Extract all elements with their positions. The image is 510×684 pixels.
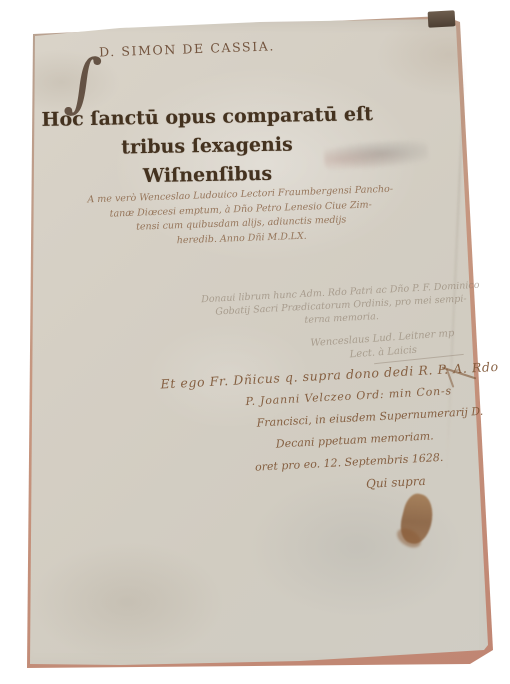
photo-background: D. SIMON DE CASSIA. ∫ Hoc ſanctū opus co… — [0, 0, 510, 684]
purchase-note: A me verò Wenceslao Ludouico Lectori Fra… — [63, 182, 419, 252]
clasp-remnant — [428, 10, 456, 27]
donation-inscription-1628: Et ego Fr. Dñicus q. supra dono dedi R. … — [152, 356, 498, 506]
gothic-title: Hoc ſanctū opus comparatū eſt tribus ſex… — [41, 100, 372, 193]
erased-stamp-smudge — [323, 139, 428, 170]
title-line-1: Hoc ſanctū opus comparatū eſt — [41, 100, 371, 135]
